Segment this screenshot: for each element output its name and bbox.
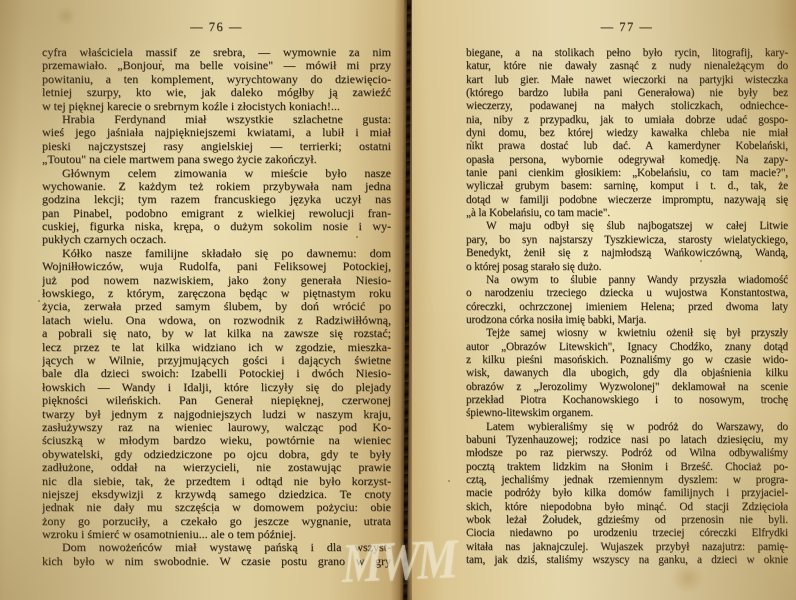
text-line: pieski najczystszej rasy angielskiej — t… [42,140,391,153]
text-line: łowskiego, z którym, zaręczona będąc w p… [42,287,391,300]
text-line: o narodzeniu trzeciego dziecka u wujostw… [466,287,788,300]
text-line: cyfra właściciela massif ze srebra, — wy… [42,46,391,59]
text-line: pary, bo syn najstarszy Tyszkiewicza, st… [466,234,788,247]
right-page-body: biegane, a na stolikach pełno było rycin… [466,47,788,567]
text-line: przekład Piotra Kochanowskiego i to noso… [466,394,788,407]
text-line: kart lub gier. Małe nawet wieczorki na p… [466,74,788,87]
text-line: nic dla siebie, tak, że przedtem i odtąd… [42,475,391,488]
text-line: bale dla dzieci swoich: Izabelli Potocki… [42,367,391,380]
text-line: pan Pinabel, podobno emigrant z wielkiej… [42,207,391,220]
text-line: witała nas jaknajczulej. Wujaszek przyby… [466,541,788,554]
left-page: — 76 — cyfra właściciela massif ze srebr… [0,0,404,600]
text-line: z kilku pieśni masońskich. Poznaliśmy go… [466,354,788,367]
text-line: cuskiej, figurka niska, krępa, o dużym s… [42,220,391,233]
text-line: łowskich — Wandy i Idalji, które liczyły… [42,381,391,394]
text-line: niejszej eksdywizji z krzywdą samego dzi… [42,488,391,501]
text-line: Latem wybieraliśmy się w podróż do Warsz… [466,421,788,434]
text-line: tanie pani cienkim głosikiem: „Kobelańsi… [466,167,788,180]
binding-cord [403,0,411,600]
text-line: zasłużywszy raz na wieniec laurowy, walc… [42,421,391,434]
text-line: twarzy był jednym z najgodniejszych ludz… [42,408,391,421]
text-line: autor „Obrazów Litewskich", Ignacy Chodź… [466,341,788,354]
text-line: Dom nowożeńców miał wystawę pańską i dla… [42,541,391,554]
text-line: nikt prawa dostać lub dać. A kamerdyner … [466,140,788,153]
book-scan: — 76 — cyfra właściciela massif ze srebr… [0,0,796,600]
text-line: biegane, a na stolikach pełno było rycin… [466,47,788,60]
text-line: babuni Tyzenhauzowej; rodzice nasi po la… [466,434,788,447]
text-line: piękności wileńskich. Pan Generał niepię… [42,394,391,407]
text-line: o której posag starało się dużo. [466,261,788,274]
text-line: obywatelski, gdy odziedziczone po ojcu d… [42,448,391,461]
text-line: „à la Kobelańsiu, co tam macie". [466,207,788,220]
text-line: jących w Wilnie, przyjmujących gości i d… [42,354,391,367]
text-line: wieczerzy, podawanej na małych stoliczka… [466,100,788,113]
text-line: wychowanie. Z każdym też rokiem przybywa… [42,180,391,193]
text-line: w tej pięknej karecie o srebrnym koźle i… [42,100,391,113]
text-line: dyni domu, bez której wiedzy kawałka chl… [466,127,788,140]
text-line: Wojniłłowiczów, wuja Rudolfa, pani Felik… [42,260,391,273]
text-line: a pobrali się nato, by w lat kilka na za… [42,327,391,340]
text-line: Hrabia Ferdynand miał wszystkie szlachet… [42,113,391,126]
watermark: MWM [341,527,455,596]
text-line: powitaniu, a ten komplement, wyrychtowan… [42,73,391,86]
text-line: katur, które nie dawały zasnąć z nudy ni… [466,60,788,73]
text-line: wzroku i śmierć w osamotnieniu... ale o … [42,528,391,541]
text-line: kich było w nim swobodnie. W czasie post… [42,555,391,568]
text-line: Ciocia niedawno po urodzeniu trzeciej có… [466,527,788,540]
text-line: Na owym to ślubie panny Wandy przyszła w… [466,274,788,287]
text-line: cztą, jechaliśmy jednak rzemiennym dyszl… [466,474,788,487]
text-line: „Toutou" na ciele martwem pana swego życ… [42,153,391,166]
text-line: Kółko nasze familijne składało się po da… [42,247,391,260]
text-line: wieś jego jaśniała najpiękniejszemi kwia… [42,126,391,139]
text-line: ściuszką w młodym bardzo wieku, powtórni… [42,434,391,447]
text-line: córeczki, ochrzczonej imieniem Helena; p… [466,301,788,314]
text-line: wyliczał grubym basem: sarninę, komput i… [466,180,788,193]
text-line: pocztą traktem lidzkim na Słonim i Brześ… [466,461,788,474]
right-page: — 77 — biegane, a na stolikach pełno był… [412,0,796,600]
text-line: Głównym celem zimowania w mieście było n… [42,167,391,180]
text-line: jednak nie dały mu szczęścia w domowem p… [42,501,391,514]
text-line: wbok leżał Żołudek, gdzieśmy od przenosi… [466,514,788,527]
text-line: opasła persona, wybornie odegrywał komed… [466,154,788,167]
text-line: żony go porzuciły, a czekało go jeszcze … [42,515,391,528]
text-line: młodsze po raz pierwszy. Podróż od Wilna… [466,447,788,460]
text-line: W maju odbył się ślub najbogatszej w cał… [466,220,788,233]
text-line: dotąd w familji podobne wieczerze improm… [466,194,788,207]
text-line: skich, które niepodobna było minąć. Od s… [466,501,788,514]
text-line: śpiewno-litewskim organem. [466,407,788,420]
text-line: godzina lekcji; tym razem francuskiego j… [42,193,391,206]
text-line: już pod nowem nazwiskiem, jako żony gene… [42,274,391,287]
page-number-right: — 77 — [466,20,788,35]
text-line: (którego bardzo lubiła pani Generałowa) … [466,87,788,100]
text-line: urodzona córka nosiła imię babki, Marja. [466,314,788,327]
text-line: obrazów z „Jerozolimy Wyzwolonej" deklam… [466,381,788,394]
text-line: życia, zerwała przed samym ślubem, by do… [42,300,391,313]
text-line: lecz przez te lat kilka widziano ich w z… [42,341,391,354]
text-line: wisk, dawanych dla ubogich, gdy dla obja… [466,367,788,380]
text-line: Tejże samej wiosny w kwietniu ożenił się… [466,327,788,340]
text-line: macie podróży było kilka domów familijny… [466,487,788,500]
left-page-body: cyfra właściciela massif ze srebra, — wy… [42,46,391,568]
text-line: przemawiało. „Bonjour, ma belle voisine"… [42,59,391,72]
text-line: nia, niby z przypadku, jak to umiała dob… [466,114,788,127]
text-line: pukłych czarnych oczach. [42,233,391,246]
text-line: tam, jak dziś, staliśmy wszyscy na ganku… [466,554,788,567]
page-number-left: — 76 — [42,20,391,35]
text-line: zadłużone, oddał na wierzycieli, nie zos… [42,461,391,474]
text-line: latach wielu. Ona wdowa, on rozwodnik z … [42,314,391,327]
text-line: letniej szurpy, kto wie, jak daleko mógł… [42,86,391,99]
text-line: Benedykt, żenił się z najmłodszą Wańkowi… [466,247,788,260]
